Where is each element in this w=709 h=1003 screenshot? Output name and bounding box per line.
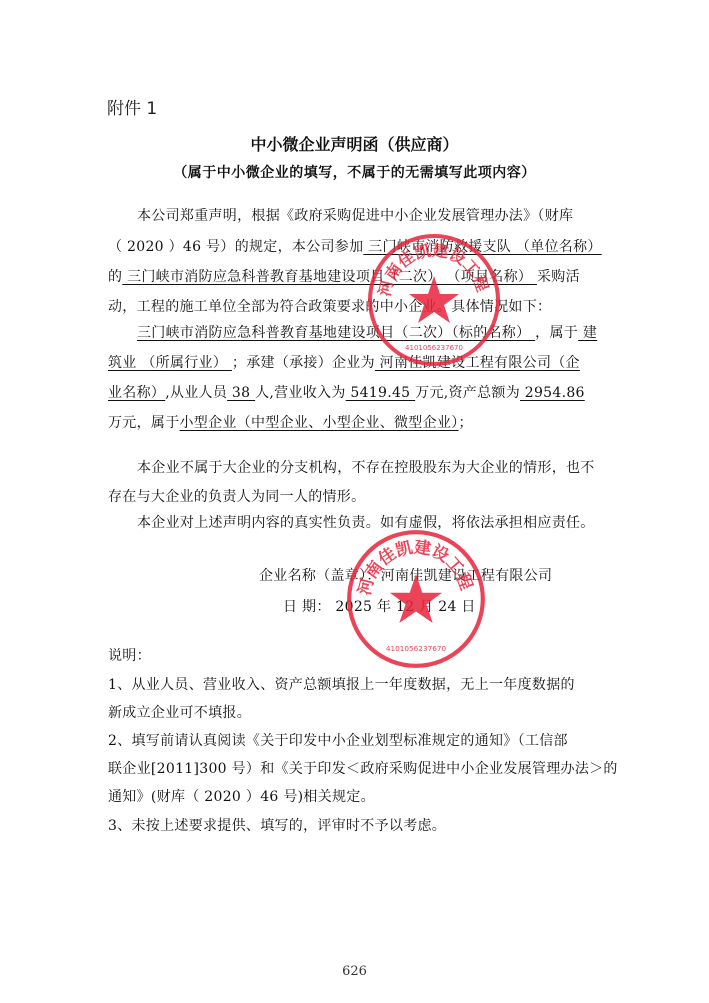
svg-text:4101056237670: 4101056237670	[386, 644, 447, 653]
enterprise-type-field: 小型企业（中型企业、小型企业、微型企业）	[180, 415, 459, 431]
note-3: 3、未按上述要求提供、填写的，评审时不予以考虑。	[108, 815, 446, 835]
paragraph-1-line-1: 本公司郑重声明，根据《政府采购促进中小企业发展管理办法》（财库	[137, 205, 573, 225]
paragraph-3-line-2: 存在与大企业的负责人为同一人的情形。	[108, 486, 365, 506]
signature-date: 日 期： 2025 年 12 月 24 日	[283, 596, 476, 616]
industry-field: 筑业 （所属行业）	[108, 355, 232, 371]
staff-count-field: 38	[227, 385, 255, 401]
company-name-field: 河南佳凯建设工程有限公司（企	[375, 355, 580, 371]
notes-heading: 说明：	[108, 645, 151, 665]
note-1-line-2: 新成立企业可不填报。	[108, 702, 251, 722]
document-title: 中小微企业声明函（供应商）	[0, 132, 709, 155]
assets-field: 2954.86	[520, 385, 585, 401]
note-1-line-1: 1、从业人员、营业收入、资产总额填报上一年度数据，无上一年度数据的	[108, 674, 575, 694]
paragraph-1-line-3: 的 三门峡市消防应急科普教育基地建设项目（二次） （项目名称） 采购活	[108, 266, 580, 286]
paragraph-1-line-4: 动，工程的施工单位全部为符合政策要求的中小企业。具体情况如下：	[108, 296, 551, 316]
lot-name-field: 三门峡市消防应急科普教育基地建设项目（二次）（标的名称）	[137, 325, 535, 341]
paragraph-2-line-3: 业名称）,从业人员 38 人,营业收入为 5419.45 万元,资产总额为 29…	[108, 382, 585, 402]
note-2-line-1: 2、填写前请认真阅读《关于印发中小企业划型标准规定的通知》（工信部	[108, 730, 568, 750]
signature-company: 企业名称（盖章）：河南佳凯建设工程有限公司	[259, 565, 552, 585]
paragraph-2-line-2: 筑业 （所属行业） ；承建（承接）企业为 河南佳凯建设工程有限公司（企	[108, 352, 580, 372]
document-subtitle: （属于中小微企业的填写，不属于的无需填写此项内容）	[0, 162, 709, 182]
paragraph-2-line-1: 三门峡市消防应急科普教育基地建设项目（二次）（标的名称） ，属于 建	[137, 322, 597, 342]
purchaser-unit-field: 三门峡市消防救援支队 （单位名称）	[363, 239, 601, 255]
svg-text:河南佳凯建设工程有限公司: 河南佳凯建设工程有限公司	[345, 528, 477, 597]
paragraph-1-line-2: （ 2020 ）46 号）的规定，本公司参加 三门峡市消防救援支队 （单位名称）	[108, 236, 602, 256]
paragraph-3-line-1: 本企业不属于大企业的分支机构，不存在控股股东为大企业的情形，也不	[137, 457, 595, 477]
note-2-line-2: 联企业[2011]300 号）和《关于印发＜政府采购促进中小企业发展管理办法＞的	[108, 758, 618, 778]
paragraph-4-line-1: 本企业对上述声明内容的真实性负责。如有虚假，将依法承担相应责任。	[137, 512, 595, 532]
project-name-field: 三门峡市消防应急科普教育基地建设项目（二次） （项目名称）	[122, 269, 537, 285]
note-2-line-3: 通知》(财库（ 2020 ）46 号)相关规定。	[108, 786, 375, 806]
page-number: 626	[0, 964, 709, 979]
document-page: 附件 1 中小微企业声明函（供应商） （属于中小微企业的填写，不属于的无需填写此…	[0, 0, 709, 1003]
svg-text:4101056237670: 4101056237670	[405, 344, 463, 352]
attachment-label: 附件 1	[107, 94, 157, 119]
paragraph-2-line-4: 万元，属于小型企业（中型企业、小型企业、微型企业）；	[108, 412, 473, 432]
revenue-field: 5419.45	[346, 385, 416, 401]
